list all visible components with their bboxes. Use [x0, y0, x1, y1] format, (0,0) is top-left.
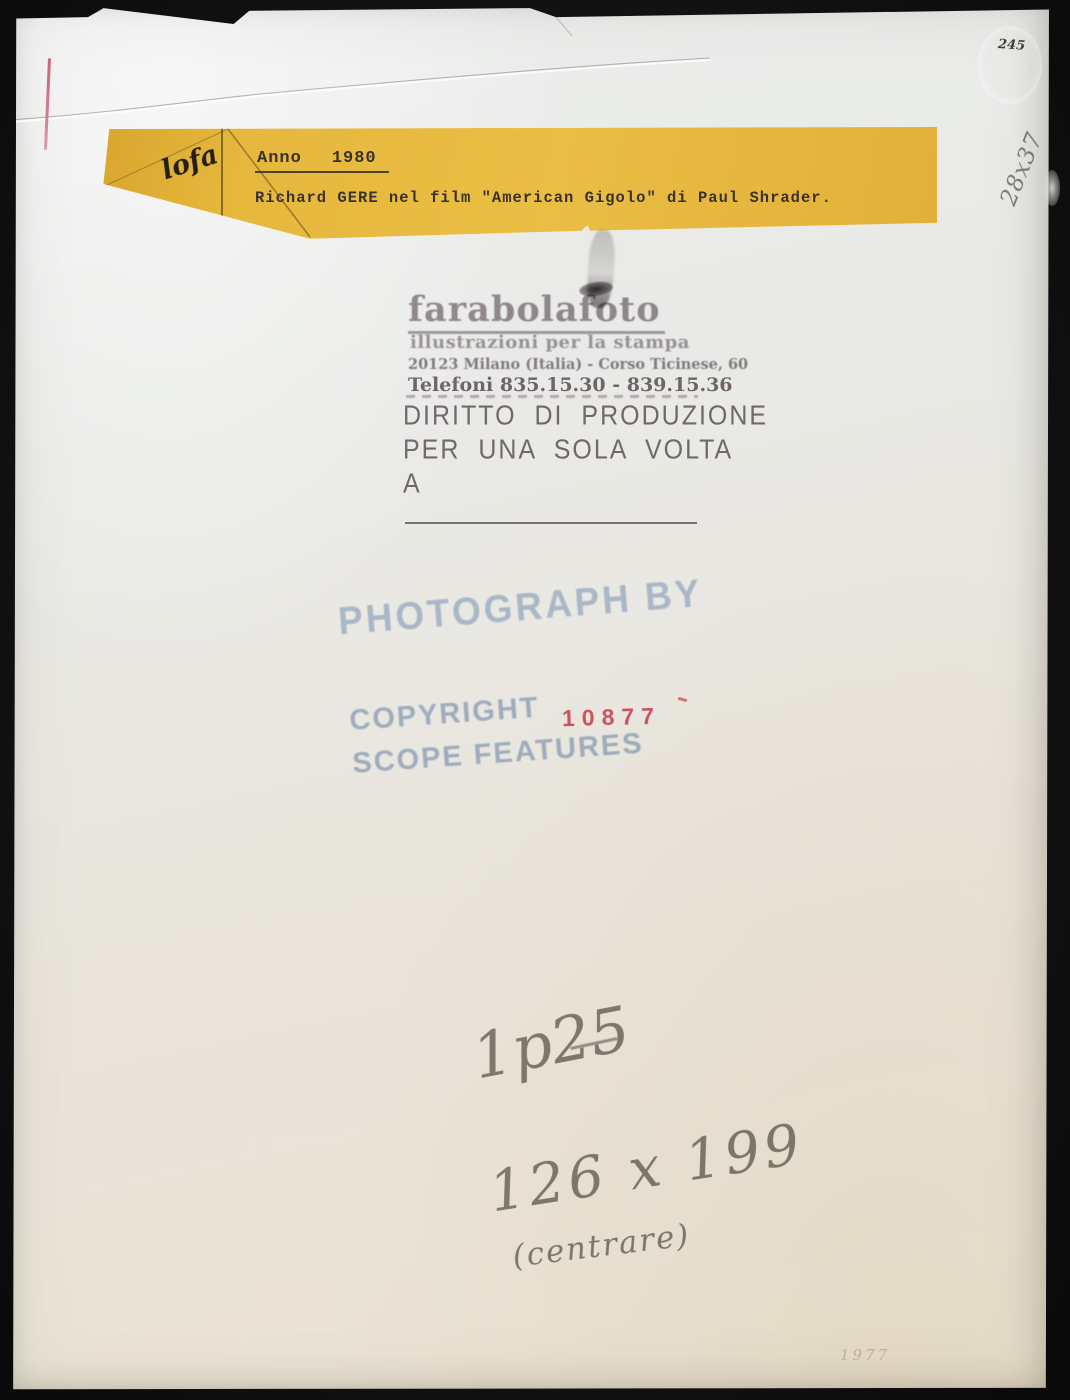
- agency-stamp-phones: Telefoni 835.15.30 - 839.15.36: [408, 374, 733, 396]
- rights-stamp-line3: A: [403, 468, 422, 500]
- agency-stamp-address: 20123 Milano (Italia) - Corso Ticinese, …: [408, 356, 748, 373]
- rights-stamp-line1: DIRITTO DI PRODUZIONE: [403, 400, 768, 432]
- pencil-centering-note: (centrare): [510, 1217, 692, 1275]
- anno-value: 1980: [332, 149, 377, 168]
- stamp-rule-line: [405, 522, 697, 524]
- agency-stamp-tagline: illustrazioni per la stampa: [410, 332, 690, 353]
- label-caption: Richard GERE nel film "American Gigolo" …: [255, 189, 832, 207]
- red-crayon-mark: [44, 58, 51, 150]
- pencil-price-note: 1p25: [466, 992, 635, 1094]
- copyright-stamp: COPYRIGHT SCOPE FEATURES: [348, 680, 645, 786]
- photo-back-scan: lofa Anno 1980 Richard GERE nel film "Am…: [0, 0, 1070, 1400]
- paper-sheet: lofa Anno 1980 Richard GERE nel film "Am…: [10, 6, 1050, 1392]
- label-fold-creases: [95, 127, 937, 241]
- size-annotation-vertical: 28x37: [987, 108, 1056, 229]
- faint-year-mark: 1977: [840, 1346, 890, 1364]
- archive-number-stamp: 10877: [562, 703, 662, 733]
- rights-stamp-line2: PER UNA SOLA VOLTA: [403, 434, 733, 466]
- border-scuff-mark: [1044, 170, 1060, 206]
- caption-label: lofa Anno 1980 Richard GERE nel film "Am…: [95, 127, 937, 241]
- anno-field: Anno 1980: [255, 149, 389, 173]
- agency-stamp-name: farabolafoto: [408, 289, 665, 334]
- pencil-dimensions-note: 126 x 199: [485, 1112, 808, 1226]
- corner-inventory-number: 245: [998, 37, 1026, 54]
- stamp-border-remnant: [406, 395, 698, 398]
- anno-label: Anno: [257, 149, 302, 168]
- red-tick-mark: [678, 697, 687, 702]
- photograph-by-stamp: PHOTOGRAPH BY: [337, 571, 705, 644]
